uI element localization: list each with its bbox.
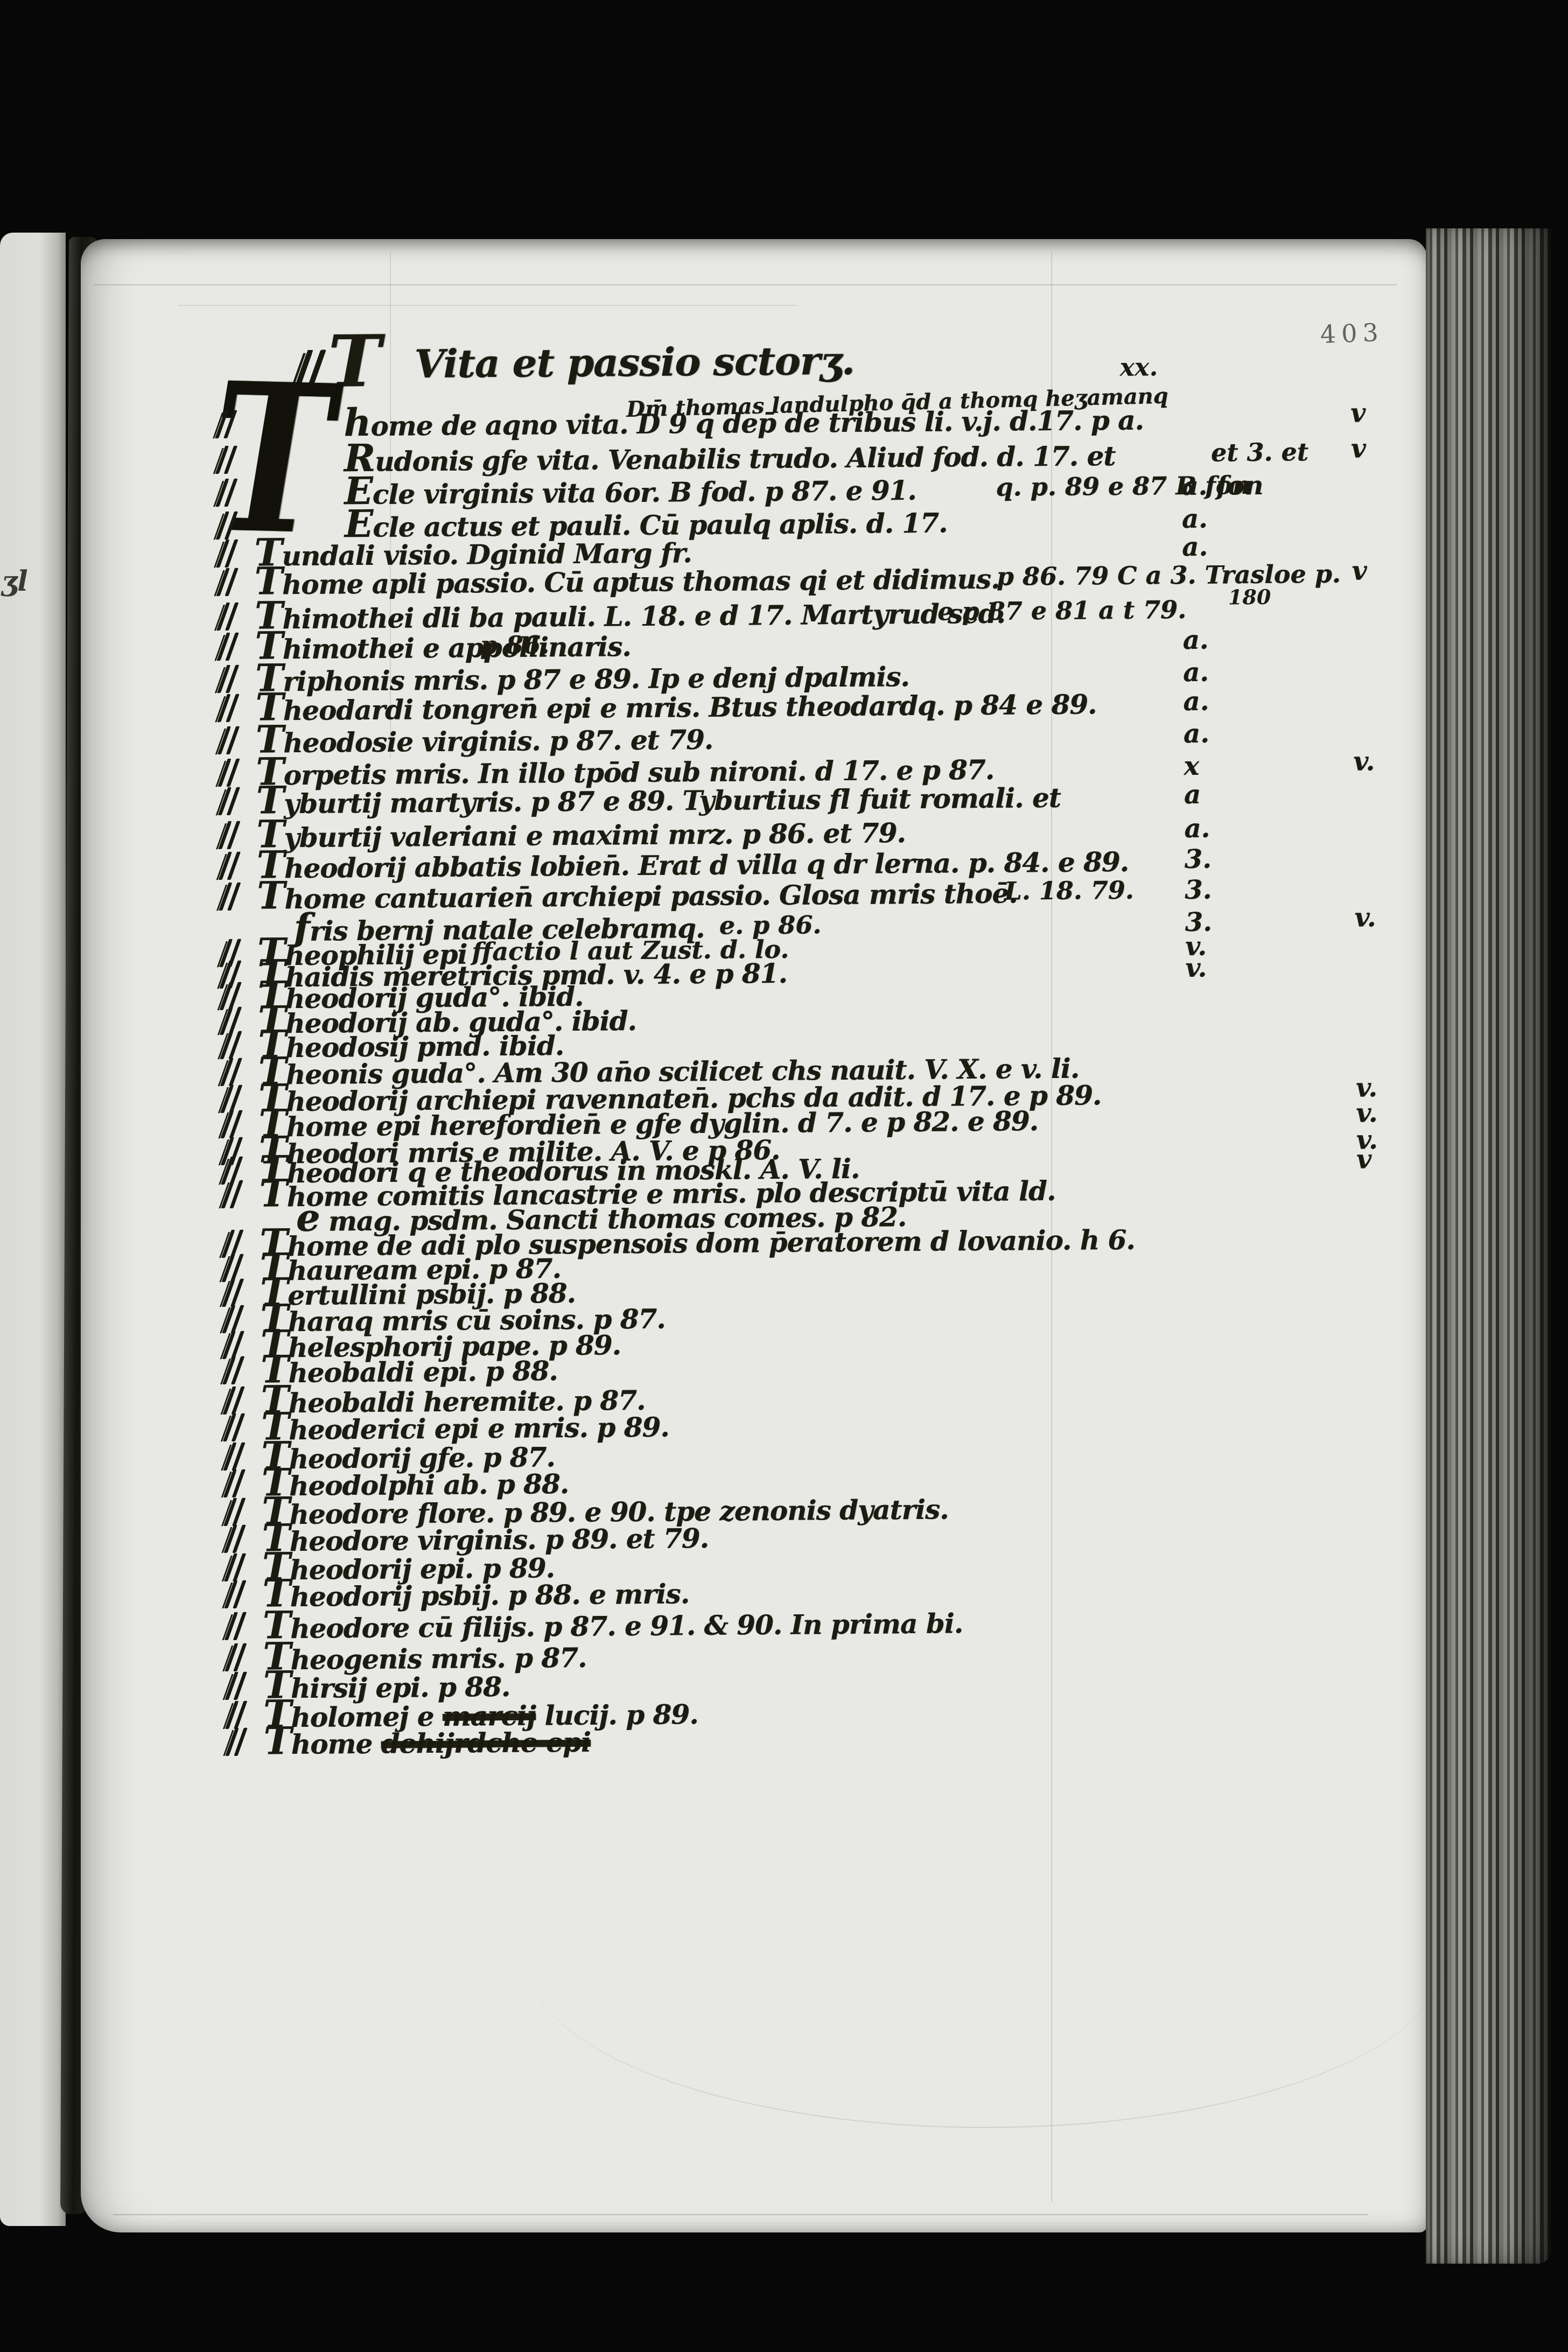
pilcrow-mark — [217, 601, 239, 632]
pilcrow-mark — [216, 445, 237, 475]
pilcrow-mark — [216, 510, 238, 541]
heading-initial: T — [328, 320, 379, 404]
margin-letter: a. — [1183, 687, 1209, 717]
margin-letter: a. — [1184, 814, 1210, 844]
entry-line: Thome apli passio. Cū aptus thomas qi et… — [254, 560, 999, 601]
pilcrow-mark — [224, 1524, 246, 1554]
pilcrow-mark — [221, 1109, 242, 1139]
pilcrow-mark — [226, 1700, 247, 1730]
pilcrow-mark — [220, 1030, 242, 1060]
entry-line: Rudonis gfe vita. Venabilis trudo. Aliud… — [344, 437, 1116, 478]
pilcrow-mark — [221, 1179, 243, 1209]
folio-number: 403 — [1320, 318, 1384, 349]
margin-letter: a. — [1182, 625, 1208, 655]
entry-line: Theodore cū filijs. p 87. e 91. & 90. In… — [263, 1604, 963, 1644]
entry-text-struck: dehijrdche epi — [381, 1726, 591, 1760]
pilcrow-mark — [224, 1497, 246, 1527]
margin-letter: v. — [1354, 902, 1376, 933]
pilcrow-mark — [219, 881, 241, 912]
entry-text: Tyburtij martyris. p 87 e 89. Tyburtius … — [256, 779, 1061, 820]
page-reference-tail: p 86. — [480, 630, 549, 660]
margin-letter: v — [1351, 433, 1366, 464]
pilcrow-mark — [216, 538, 238, 569]
entry-text: home de aqno vita. D 9 q̄ dep̄ de tribus… — [344, 401, 1144, 443]
pilcrow-mark — [225, 1611, 247, 1641]
pilcrow-mark — [218, 693, 239, 723]
page-reference-tail: p 86. 79 C a 3. Trasloe p. — [996, 559, 1341, 591]
page-reference-tail: L. 18. 79. — [1004, 876, 1134, 906]
entry-line: Tyburtij martyris. p 87 e 89. Tyburtius … — [256, 779, 1061, 820]
margin-letter: v. — [1353, 746, 1375, 776]
pilcrow-mark — [223, 1385, 244, 1416]
margin-letter: v. — [1356, 1098, 1377, 1128]
margin-letter: v — [1356, 1144, 1371, 1174]
manuscript-photo: ʒl T Vita et passio sctorʒ. Dm̄ thomas l… — [0, 0, 1568, 2352]
ink-layer: ʒl T Vita et passio sctorʒ. Dm̄ thomas l… — [0, 0, 1568, 2352]
margin-letter: v — [1352, 556, 1367, 586]
entry-line: Thome dehijrdche epi — [263, 1723, 591, 1761]
entry-text: Theodore cū filijs. p 87. e 91. & 90. In… — [263, 1604, 963, 1644]
pilcrow-mark — [226, 1671, 247, 1701]
pilcrow-mark — [218, 664, 239, 694]
heading-roman-numeral: xx. — [1119, 352, 1158, 382]
pilcrow-mark — [223, 1355, 244, 1385]
pilcrow-mark — [225, 1642, 247, 1672]
pilcrow-mark — [217, 632, 239, 662]
margin-letter: x — [1184, 751, 1199, 781]
page-reference-tail: e p 87 e 81 a t 79. — [937, 595, 1186, 626]
pilcrow-mark — [222, 1278, 244, 1308]
margin-letter: 3. — [1185, 875, 1212, 905]
pilcrow-mark — [221, 1057, 242, 1087]
entry-text: Thome apli passio. Cū aptus thomas qi et… — [254, 560, 999, 601]
pilcrow-mark — [218, 725, 240, 755]
page-title: Vita et passio sctorʒ. — [414, 338, 855, 387]
margin-letter: a. — [1182, 532, 1208, 562]
pilcrow-mark — [224, 1468, 246, 1499]
pilcrow-mark — [223, 1412, 245, 1443]
pilcrow-mark — [216, 478, 237, 508]
margin-letter: a. — [1182, 504, 1208, 534]
left-page-mark: ʒl — [1, 565, 28, 598]
pilcrow-mark — [216, 567, 238, 597]
pilcrow-mark — [215, 409, 237, 439]
pilcrow-mark — [226, 1727, 247, 1757]
entry-text: Rudonis gfe vita. Venabilis trudo. Aliud… — [344, 437, 1116, 478]
margin-letter: a. fon — [1181, 471, 1264, 501]
margin-letter: v. — [1185, 953, 1207, 983]
entry-line: home de aqno vita. D 9 q̄ dep̄ de tribus… — [344, 401, 1144, 443]
page-reference-tail: et 3. et — [1211, 437, 1309, 467]
pilcrow-mark — [223, 1441, 245, 1472]
entry-text: Thome dehijrdche epi — [263, 1723, 591, 1761]
margin-letter: a — [1184, 780, 1201, 810]
margin-letter: a. — [1184, 719, 1209, 749]
pilcrow-mark — [219, 820, 240, 850]
pilcrow-mark — [225, 1552, 246, 1583]
margin-letter: 3. — [1185, 844, 1212, 874]
entry-text-pre: Thome — [263, 1728, 381, 1761]
pilcrow-mark — [225, 1579, 246, 1609]
page-reference-note: 180 — [1228, 585, 1271, 610]
index-entries: home de aqno vita. D 9 q̄ dep̄ de tribus… — [0, 0, 1564, 2]
margin-letter: a. — [1183, 657, 1209, 688]
pilcrow-mark — [218, 758, 240, 788]
pilcrow-mark — [219, 851, 241, 881]
pilcrow-mark — [219, 786, 240, 816]
margin-letter: v — [1350, 398, 1366, 428]
